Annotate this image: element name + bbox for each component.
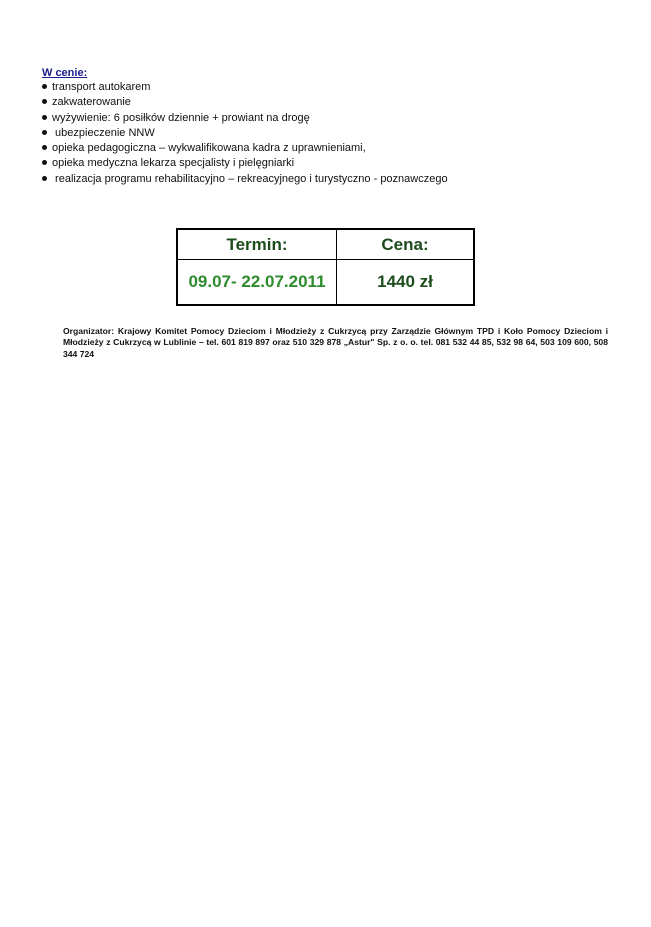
list-item: transport autokarem <box>42 80 448 95</box>
bullet-icon <box>42 84 47 89</box>
list-item: wyżywienie: 6 posiłków dziennie + prowia… <box>42 111 448 126</box>
bullet-icon <box>42 99 47 104</box>
bullet-icon <box>42 130 47 135</box>
organizer-info: Organizator: Krajowy Komitet Pomocy Dzie… <box>63 326 608 360</box>
table-header-row: Termin: Cena: <box>177 229 474 260</box>
list-item: zakwaterowanie <box>42 95 448 110</box>
term-price-table: Termin: Cena: 09.07- 22.07.2011 1440 zł <box>176 228 475 306</box>
term-value: 09.07- 22.07.2011 <box>177 260 337 306</box>
bullet-icon <box>42 145 47 150</box>
table-row: 09.07- 22.07.2011 1440 zł <box>177 260 474 306</box>
list-item: opieka pedagogiczna – wykwalifikowana ka… <box>42 141 448 156</box>
included-items-list: transport autokarem zakwaterowanie wyżyw… <box>42 80 448 187</box>
section-heading: W cenie: <box>42 67 87 79</box>
bullet-icon <box>42 176 47 181</box>
list-item: opieka medyczna lekarza specjalisty i pi… <box>42 156 448 171</box>
price-value: 1440 zł <box>337 260 475 306</box>
bullet-icon <box>42 115 47 120</box>
list-item: ubezpieczenie NNW <box>42 126 448 141</box>
bullet-icon <box>42 160 47 165</box>
list-item: realizacja programu rehabilitacyjno – re… <box>42 172 448 187</box>
price-header: Cena: <box>337 229 475 260</box>
term-header: Termin: <box>177 229 337 260</box>
